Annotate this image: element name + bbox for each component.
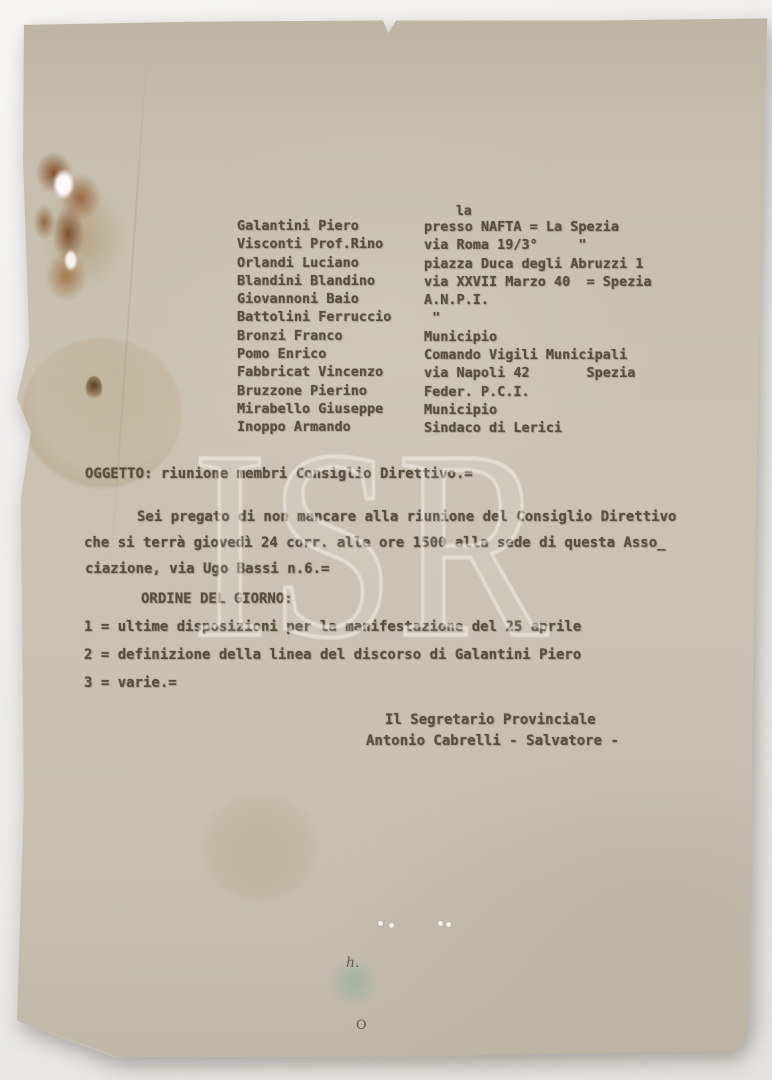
- agenda-item: 1 = ultime disposizioni per la manifesta…: [84, 619, 581, 635]
- recipient-name-column: Galantini PieroVisconti Prof.RinoOrlandi…: [237, 217, 391, 437]
- recipient-detail: A.N.P.I.: [424, 292, 489, 308]
- recipient-name: Orlandi Luciano: [237, 255, 359, 271]
- recipient-name: Fabbricat Vincenzo: [237, 364, 383, 380]
- agenda-item: 3 = varie.=: [84, 675, 177, 691]
- recipient-name: Mirabello Giuseppe: [237, 401, 383, 417]
- recipient-name: Galantini Piero: [237, 218, 359, 234]
- recipient-detail-column: presso NAFTA = La Speziavia Roma 19/3° "…: [424, 218, 652, 438]
- pencil-mark: h.: [346, 955, 359, 971]
- agenda-heading: ORDINE DEL GIORNO:: [141, 591, 293, 607]
- body-line: che si terrà giovedì 24 corr. alle ore 1…: [84, 535, 666, 551]
- agenda-item: 2 = definizione della linea del discorso…: [84, 647, 581, 663]
- recipient-detail: Feder. P.C.I.: [424, 384, 530, 400]
- folded-corner: [14, 1016, 124, 1064]
- recipient-name: Pomo Enrico: [237, 346, 326, 362]
- recipient-detail: Sindaco di Lerici: [424, 420, 562, 436]
- recipient-name: Battolini Ferruccio: [237, 309, 391, 325]
- paper-sheet: Galantini PieroVisconti Prof.RinoOrlandi…: [0, 0, 772, 1080]
- recipient-name: Bronzi Franco: [237, 328, 343, 344]
- paper-surface: Galantini PieroVisconti Prof.RinoOrlandi…: [0, 0, 772, 1080]
- recipient-detail: ": [424, 310, 440, 326]
- recipient-name: Giovannoni Baio: [237, 291, 359, 307]
- recipient-name: Inoppo Armando: [237, 419, 351, 435]
- recipient-detail: presso NAFTA = La Spezia: [424, 219, 619, 235]
- recipient-name: Visconti Prof.Rino: [237, 236, 383, 252]
- pin-hole: [446, 922, 451, 927]
- recipient-detail: via Napoli 42 Spezia: [424, 365, 635, 381]
- recipient-detail: via Roma 19/3° ": [424, 237, 587, 253]
- dark-stain-spot: [86, 376, 102, 400]
- body-line: ciazione, via Ugo Bassi n.6.=: [85, 561, 329, 577]
- subject-line: OGGETTO: riunione membri Consiglio Diret…: [85, 466, 473, 482]
- dried-plant-stain: [18, 148, 138, 313]
- scanned-document: Galantini PieroVisconti Prof.RinoOrlandi…: [0, 0, 772, 1080]
- recipient-detail: piazza Duca degli Abruzzi 1: [424, 256, 643, 272]
- body-line: Sei pregato di non mancare alla riunione…: [137, 509, 676, 525]
- signature-title: Il Segretario Provinciale: [385, 712, 596, 728]
- signature-name: Antonio Cabrelli - Salvatore -: [366, 733, 619, 749]
- typed-insertion-la: la: [456, 204, 472, 219]
- recipient-detail: Municipio: [424, 329, 497, 345]
- faint-stain: [200, 795, 320, 900]
- recipient-detail: Municipio: [424, 402, 497, 418]
- pin-hole: [378, 921, 383, 926]
- recipient-name: Bruzzone Pierino: [237, 383, 367, 399]
- pin-hole: [438, 921, 443, 926]
- recipient-name: Blandini Blandino: [237, 273, 375, 289]
- recipient-detail: via XXVII Marzo 40 = Spezia: [424, 274, 652, 290]
- pencil-mark: O: [356, 1018, 367, 1033]
- recipient-detail: Comando Vigili Municipali: [424, 347, 627, 363]
- pin-hole: [389, 923, 394, 928]
